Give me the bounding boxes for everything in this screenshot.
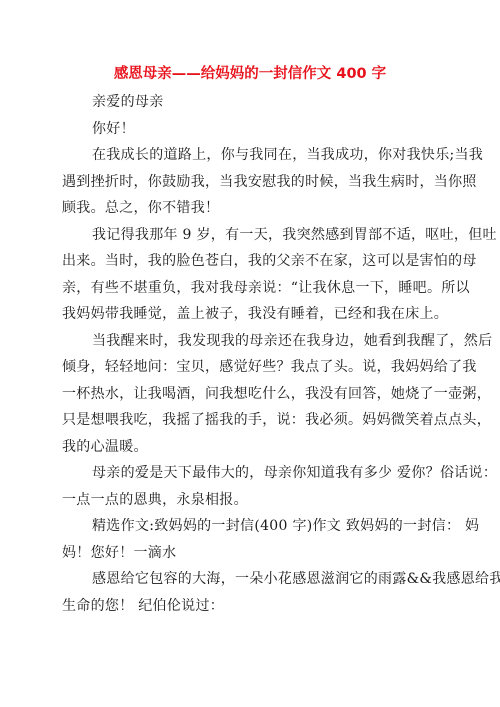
text-line: 妈！您好！一滴水 — [62, 540, 418, 567]
paragraph-salutation: 亲爱的母亲 — [62, 89, 418, 116]
paragraph-2: 我记得我那年 9 岁，有一天，我突然感到胃部不适，呕吐，但吐 出来。当时，我的脸… — [62, 222, 418, 328]
paragraph-1: 在我成长的道路上，你与我同在，当我成功，你对我快乐;当我 遇到挫折时，你鼓励我，… — [62, 142, 418, 222]
text-line: 一点一点的恩典，永泉相报。 — [62, 487, 418, 514]
text-line: 感恩给它包容的大海，一朵小花感恩滋润它的雨露&&我感恩给我 — [62, 566, 418, 593]
text-line: 我妈妈带我睡觉，盖上被子，我没有睡着，已经和我在床上。 — [62, 301, 418, 328]
text-line: 亲，有些不堪重负，我对我母亲说：“让我休息一下，睡吧。所以 — [62, 275, 418, 302]
text-line: 在我成长的道路上，你与我同在，当我成功，你对我快乐;当我 — [62, 142, 418, 169]
paragraph-greeting: 你好！ — [62, 116, 418, 143]
text-line: 精选作文:致妈妈的一封信(400 字)作文 致妈妈的一封信： 妈 — [62, 513, 418, 540]
paragraph-4: 母亲的爱是天下最伟大的，母亲你知道我有多少 爱你？俗话说： 一点一点的恩典，永泉… — [62, 460, 418, 513]
text-line: 顾我。总之，你不错我！ — [62, 195, 418, 222]
text-line: 生命的您！ 纪伯伦说过： — [62, 593, 418, 620]
text-line: 当我醒来时，我发现我的母亲还在我身边，她看到我醒了，然后 — [62, 328, 418, 355]
text-line: 我记得我那年 9 岁，有一天，我突然感到胃部不适，呕吐，但吐 — [62, 222, 418, 249]
document-page: 感恩母亲——给妈妈的一封信作文 400 字 亲爱的母亲 你好！ 在我成长的道路上… — [0, 0, 500, 707]
text-line: 只是想喂我吃，我摇了摇我的手，说：我必须。妈妈微笑着点点头， — [62, 407, 418, 434]
text-line: 倾身，轻轻地问：宝贝，感觉好些？我点了头。说，我妈妈给了我 — [62, 354, 418, 381]
paragraph-6: 感恩给它包容的大海，一朵小花感恩滋润它的雨露&&我感恩给我 生命的您！ 纪伯伦说… — [62, 566, 418, 619]
text-line: 遇到挫折时，你鼓励我，当我安慰我的时候，当我生病时，当你照 — [62, 169, 418, 196]
text-line: 一杯热水，让我喝酒，问我想吃什么，我没有回答，她烧了一壶粥， — [62, 381, 418, 408]
paragraph-3: 当我醒来时，我发现我的母亲还在我身边，她看到我醒了，然后 倾身，轻轻地问：宝贝，… — [62, 328, 418, 461]
text-line: 你好！ — [62, 116, 418, 143]
text-line: 我的心温暖。 — [62, 434, 418, 461]
document-body: 亲爱的母亲 你好！ 在我成长的道路上，你与我同在，当我成功，你对我快乐;当我 遇… — [62, 89, 418, 619]
text-line: 母亲的爱是天下最伟大的，母亲你知道我有多少 爱你？俗话说： — [62, 460, 418, 487]
paragraph-5: 精选作文:致妈妈的一封信(400 字)作文 致妈妈的一封信： 妈 妈！您好！一滴… — [62, 513, 418, 566]
text-line: 亲爱的母亲 — [62, 89, 418, 116]
document-title: 感恩母亲——给妈妈的一封信作文 400 字 — [0, 64, 500, 84]
text-line: 出来。当时，我的脸色苍白，我的父亲不在家，这可以是害怕的母 — [62, 248, 418, 275]
